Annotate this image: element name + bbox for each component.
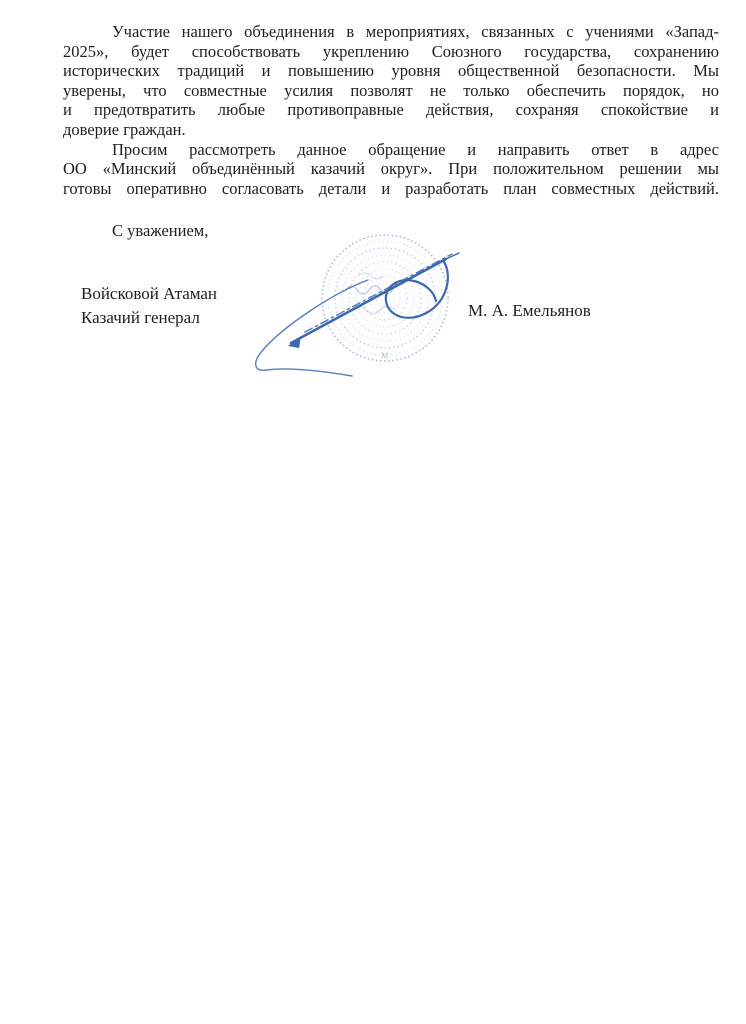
signer-title-line: Казачий генерал [81, 306, 217, 330]
paragraph-line: Просим рассмотреть данное обращение и на… [63, 140, 719, 160]
signer-title-line: Войсковой Атаман [81, 282, 217, 306]
paragraph-line: и предотвратить любые противоправные дей… [63, 100, 719, 120]
closing-text: С уважением, [63, 221, 463, 241]
paragraph-line: доверие граждан. [63, 120, 719, 140]
paragraph-line: 2025», будет способствовать укреплению С… [63, 42, 719, 62]
round-stamp-icon [322, 235, 448, 361]
letter-body: Участие нашего объединения в мероприятия… [63, 22, 719, 198]
signature-arrowhead-icon [288, 336, 301, 348]
letter-page: Участие нашего объединения в мероприятия… [0, 0, 746, 1024]
signer-name: М. А. Емельянов [468, 301, 591, 321]
paragraph-line: Участие нашего объединения в мероприятия… [63, 22, 719, 42]
stamp-center-letter: М [381, 351, 388, 360]
paragraph-line: готовы оперативно согласовать детали и р… [63, 179, 719, 199]
signer-titles: Войсковой Атаман Казачий генерал [81, 282, 217, 329]
paragraph-line: уверены, что совместные усилия позволят … [63, 81, 719, 101]
signature-stroke-icon [256, 253, 459, 376]
paragraph-line: исторических традиций и повышению уровня… [63, 61, 719, 81]
paragraph-line: ОО «Минский объединённый казачий округ».… [63, 159, 719, 179]
